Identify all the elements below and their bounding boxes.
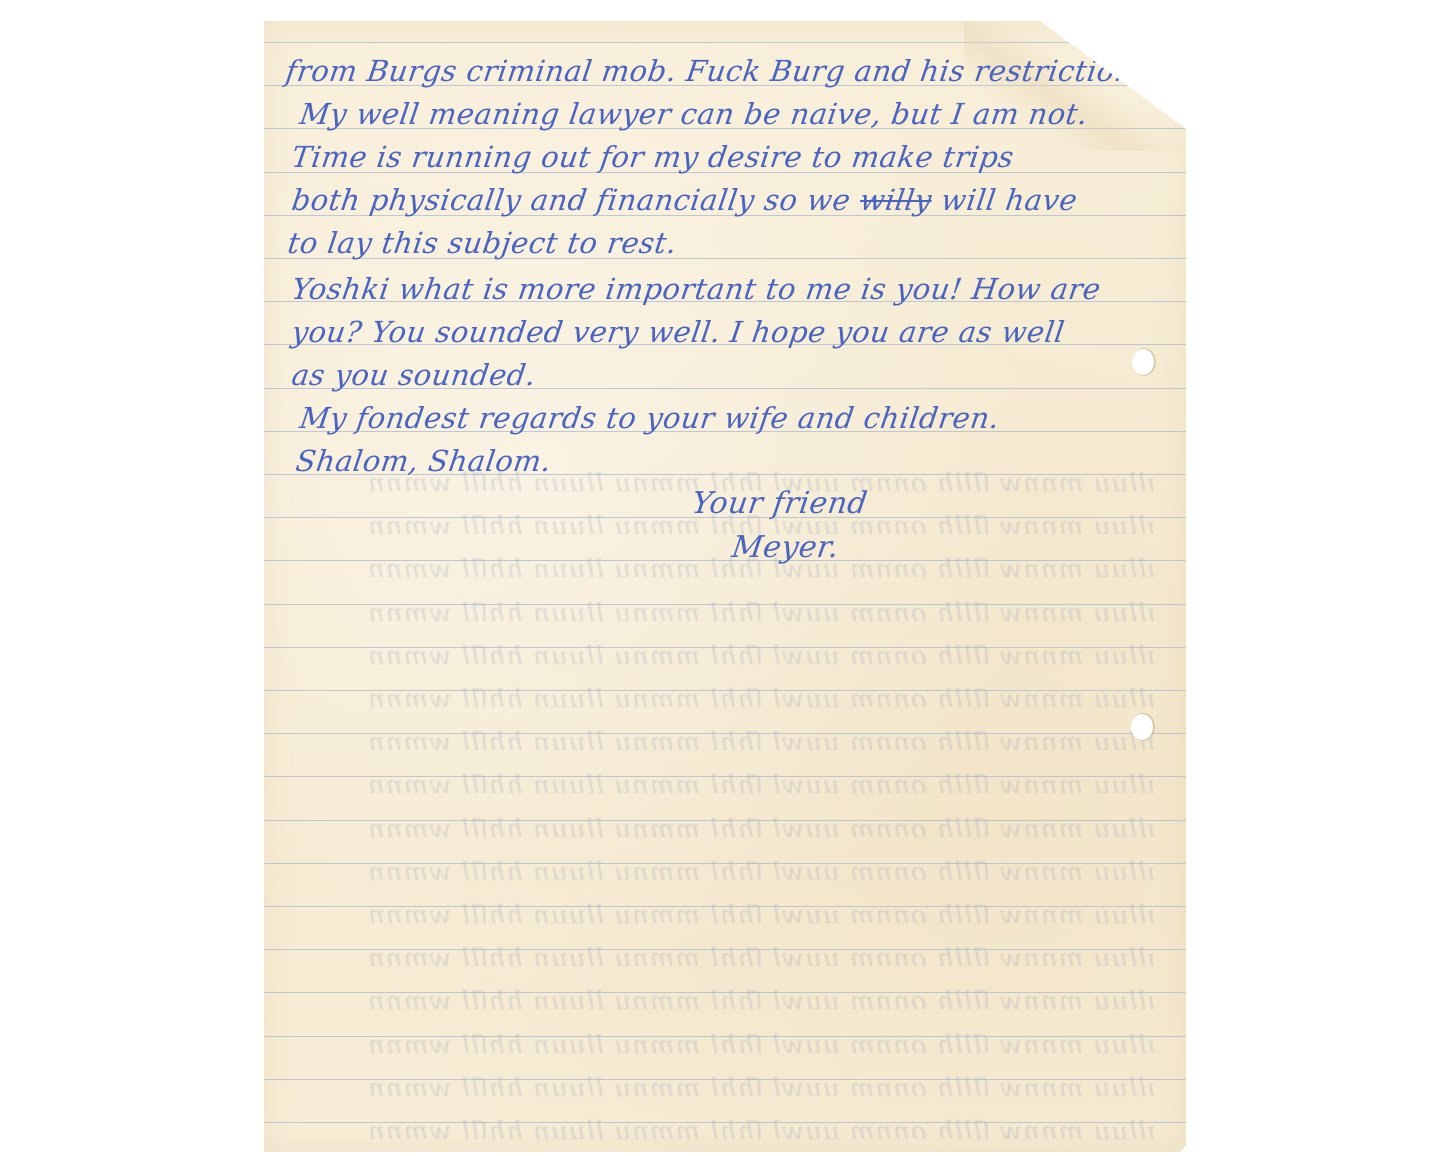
letter-line-6: Yoshki what is more important to me is y… bbox=[290, 273, 1103, 305]
bleed-through-line: ꞁlluu mnnw ʃlllh onnm uuwl ʃhhl mmnu llu… bbox=[294, 944, 1156, 966]
bleed-through-line: ꞁlluu mnnw ʃlllh onnm uuwl ʃhhl mmnu llu… bbox=[294, 599, 1156, 621]
letter-line-8: as you sounded. bbox=[290, 359, 538, 391]
letter-line-2: My well meaning lawyer can be naive, but… bbox=[298, 98, 1090, 130]
letter-line-5: to lay this subject to rest. bbox=[286, 227, 679, 259]
struck-word: willy bbox=[858, 183, 934, 217]
bleed-through-line: ꞁlluu mnnw ʃlllh onnm uuwl ʃhhl mmnu llu… bbox=[294, 1117, 1156, 1139]
letter-page: ꞁlluu mnnw ʃlllh onnm uuwl ʃhhl mmnu llu… bbox=[264, 21, 1186, 1152]
letter-line-4-before: both physically and financially so we bbox=[290, 183, 863, 217]
closing: Your friend bbox=[690, 488, 870, 520]
letter-line-7: you? You sounded very well. I hope you a… bbox=[290, 316, 1067, 348]
bleed-through-line: ꞁlluu mnnw ʃlllh onnm uuwl ʃhhl mmnu llu… bbox=[294, 987, 1156, 1009]
letter-line-3: Time is running out for my desire to mak… bbox=[290, 141, 1016, 173]
signature: Meyer. bbox=[730, 532, 841, 564]
hole-punch bbox=[1132, 349, 1154, 375]
letter-line-9: My fondest regards to your wife and chil… bbox=[298, 402, 1002, 434]
letter-line-10: Shalom, Shalom. bbox=[294, 445, 554, 477]
bleed-through-line: ꞁlluu mnnw ʃlllh onnm uuwl ʃhhl mmnu llu… bbox=[294, 555, 1156, 577]
hole-punch bbox=[1131, 714, 1153, 740]
bleed-through-line: ꞁlluu mnnw ʃlllh onnm uuwl ʃhhl mmnu llu… bbox=[294, 771, 1156, 793]
bleed-through-line: ꞁlluu mnnw ʃlllh onnm uuwl ʃhhl mmnu llu… bbox=[294, 858, 1156, 880]
letter-line-4: both physically and financially so we wi… bbox=[290, 184, 1080, 216]
bleed-through-line: ꞁlluu mnnw ʃlllh onnm uuwl ʃhhl mmnu llu… bbox=[294, 685, 1156, 707]
bleed-through-line: ꞁlluu mnnw ʃlllh onnm uuwl ʃhhl mmnu llu… bbox=[294, 1074, 1156, 1096]
bleed-through-line: ꞁlluu mnnw ʃlllh onnm uuwl ʃhhl mmnu llu… bbox=[294, 728, 1156, 750]
bleed-through-line: ꞁlluu mnnw ʃlllh onnm uuwl ʃhhl mmnu llu… bbox=[294, 901, 1156, 923]
letter-line-1: from Burgs criminal mob. Fuck Burg and h… bbox=[284, 55, 1137, 87]
bleed-through-line: ꞁlluu mnnw ʃlllh onnm uuwl ʃhhl mmnu llu… bbox=[294, 815, 1156, 837]
bleed-through-line: ꞁlluu mnnw ʃlllh onnm uuwl ʃhhl mmnu llu… bbox=[294, 1031, 1156, 1053]
bleed-through-line: ꞁlluu mnnw ʃlllh onnm uuwl ʃhhl mmnu llu… bbox=[294, 642, 1156, 664]
letter-line-4-after: will have bbox=[929, 183, 1079, 217]
